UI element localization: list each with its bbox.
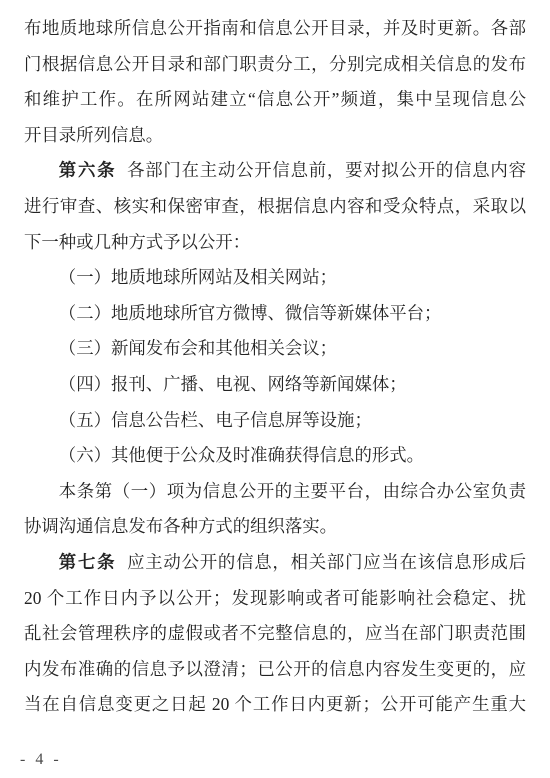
article-heading-line: 第六条各部门在主动公开信息前，要对拟公开的信息内容 (24, 153, 526, 189)
paragraph-line: 下一种或几种方式予以公开： (24, 225, 526, 261)
list-item: （三）新闻发布会和其他相关会议； (24, 331, 526, 367)
paragraph-line: 内发布准确的信息予以澄清；已公开的信息内容发生变更的，应 (24, 652, 526, 688)
paragraph-text: 应主动公开的信息，相关部门应当在该信息形成后 (127, 552, 526, 572)
paragraph-line: 进行审查、核实和保密审查，根据信息内容和受众特点，采取以 (24, 189, 526, 225)
paragraph-line: 门根据信息公开目录和部门职责分工，分别完成相关信息的发布 (24, 47, 526, 83)
article-heading-line: 第七条应主动公开的信息，相关部门应当在该信息形成后 (24, 545, 526, 581)
list-item: （五）信息公告栏、电子信息屏等设施； (24, 403, 526, 439)
article-number: 第六条 (59, 160, 117, 180)
list-item: （二）地质地球所官方微博、微信等新媒体平台； (24, 296, 526, 332)
paragraph-line: 20 个工作日内予以公开；发现影响或者可能影响社会稳定、扰 (24, 581, 526, 617)
paragraph-text: 各部门在主动公开信息前，要对拟公开的信息内容 (127, 160, 526, 180)
paragraph-line: 开目录所列信息。 (24, 118, 526, 154)
list-item: （六）其他便于公众及时准确获得信息的形式。 (24, 438, 526, 474)
document-body: 布地质地球所信息公开指南和信息公开目录，并及时更新。各部 门根据信息公开目录和部… (24, 11, 526, 723)
page-number: - 4 - (20, 751, 62, 769)
list-item: （一）地质地球所网站及相关网站； (24, 260, 526, 296)
paragraph-line: 布地质地球所信息公开指南和信息公开目录，并及时更新。各部 (24, 11, 526, 47)
list-item: （四）报刊、广播、电视、网络等新闻媒体； (24, 367, 526, 403)
article-number: 第七条 (59, 552, 117, 572)
paragraph-line: 当在自信息变更之日起 20 个工作日内更新；公开可能产生重大 (24, 687, 526, 723)
paragraph-line: 和维护工作。在所网站建立“信息公开”频道，集中呈现信息公 (24, 82, 526, 118)
document-page: 布地质地球所信息公开指南和信息公开目录，并及时更新。各部 门根据信息公开目录和部… (0, 0, 550, 778)
paragraph-line: 乱社会管理秩序的虚假或者不完整信息的，应当在部门职责范围 (24, 616, 526, 652)
paragraph-line: 本条第（一）项为信息公开的主要平台，由综合办公室负责 (24, 474, 526, 510)
paragraph-line: 协调沟通信息发布各种方式的组织落实。 (24, 509, 526, 545)
